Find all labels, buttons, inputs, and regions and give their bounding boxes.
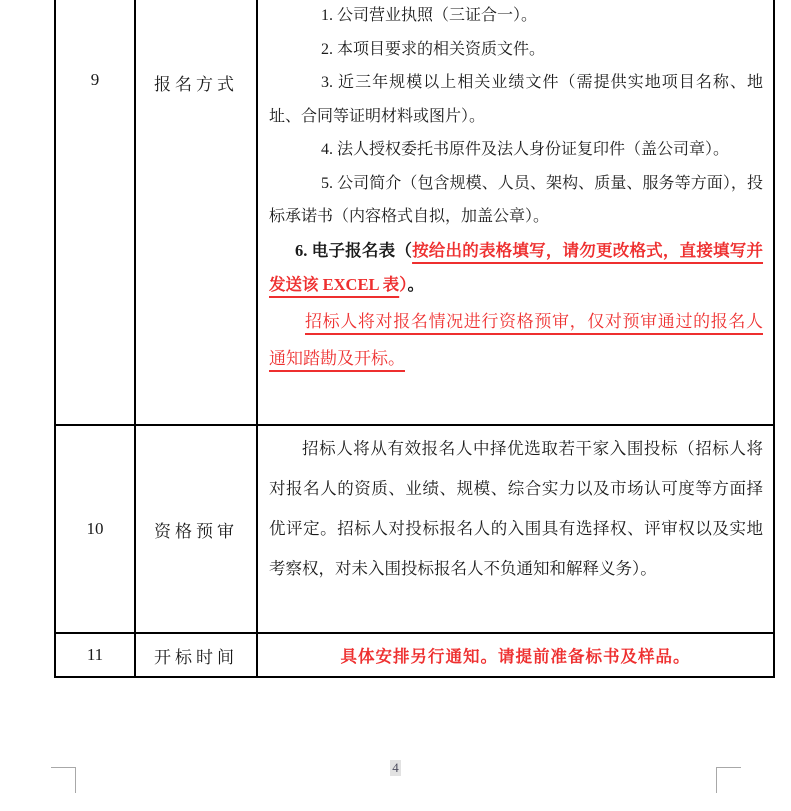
prequalification-note: 招标人将对报名情况进行资格预审，仅对预审通过的报名人通知踏勘及开标。 — [269, 303, 763, 378]
list-item: 4. 法人授权委托书原件及法人身份证复印件（盖公司章）。 — [269, 133, 763, 167]
row-number-cell: 9 — [55, 0, 135, 425]
table-row: 9 报名方式 1. 公司营业执照（三证合一）。 2. 本项目要求的相关资质文件。… — [55, 0, 774, 425]
row-content-text: 招标人将从有效报名人中择优选取若干家入围投标（招标人将对报名人的资质、业绩、规模… — [269, 429, 763, 589]
row-content-cell: 具体安排另行通知。请提前准备标书及样品。 — [257, 633, 774, 677]
row-label: 报名方式 — [154, 75, 238, 94]
row-label: 资格预审 — [154, 522, 238, 541]
row-number-cell: 10 — [55, 425, 135, 633]
row-label-cell: 报名方式 — [135, 0, 257, 425]
list-item: 1. 公司营业执照（三证合一）。 — [269, 0, 763, 33]
row-content-cell: 招标人将从有效报名人中择优选取若干家入围投标（招标人将对报名人的资质、业绩、规模… — [257, 425, 774, 633]
list-item: 3. 近三年规模以上相关业绩文件（需提供实地项目名称、地址、合同等证明材料或图片… — [269, 66, 763, 133]
list-item: 6. 电子报名表（按给出的表格填写，请勿更改格式，直接填写并发送该 EXCEL … — [269, 234, 763, 302]
table-row: 10 资格预审 招标人将从有效报名人中择优选取若干家入围投标（招标人将对报名人的… — [55, 425, 774, 633]
item6-prefix: 6. 电子报名表（ — [295, 241, 412, 260]
list-item: 2. 本项目要求的相关资质文件。 — [269, 33, 763, 67]
row-label-cell: 开标时间 — [135, 633, 257, 677]
bid-opening-notice: 具体安排另行通知。请提前准备标书及样品。 — [341, 647, 691, 666]
item6-period: 。 — [407, 275, 424, 294]
row-number-cell: 11 — [55, 633, 135, 677]
row-number: 9 — [91, 70, 100, 89]
row-label: 开标时间 — [154, 648, 238, 667]
row-content-cell: 1. 公司营业执照（三证合一）。 2. 本项目要求的相关资质文件。 3. 近三年… — [257, 0, 774, 425]
page-footer: 4 — [0, 759, 791, 777]
tender-info-table: 9 报名方式 1. 公司营业执照（三证合一）。 2. 本项目要求的相关资质文件。… — [54, 0, 775, 678]
list-item: 5. 公司简介（包含规模、人员、架构、质量、服务等方面），投标承诺书（内容格式自… — [269, 167, 763, 234]
prequalification-note-text: 招标人将对报名情况进行资格预审，仅对预审通过的报名人通知踏勘及开标。 — [269, 312, 763, 369]
row-label-cell: 资格预审 — [135, 425, 257, 633]
row-number: 10 — [87, 519, 104, 538]
page-number: 4 — [390, 760, 401, 776]
document-page: 9 报名方式 1. 公司营业执照（三证合一）。 2. 本项目要求的相关资质文件。… — [0, 0, 791, 811]
row-number: 11 — [87, 645, 103, 664]
table-row: 11 开标时间 具体安排另行通知。请提前准备标书及样品。 — [55, 633, 774, 677]
